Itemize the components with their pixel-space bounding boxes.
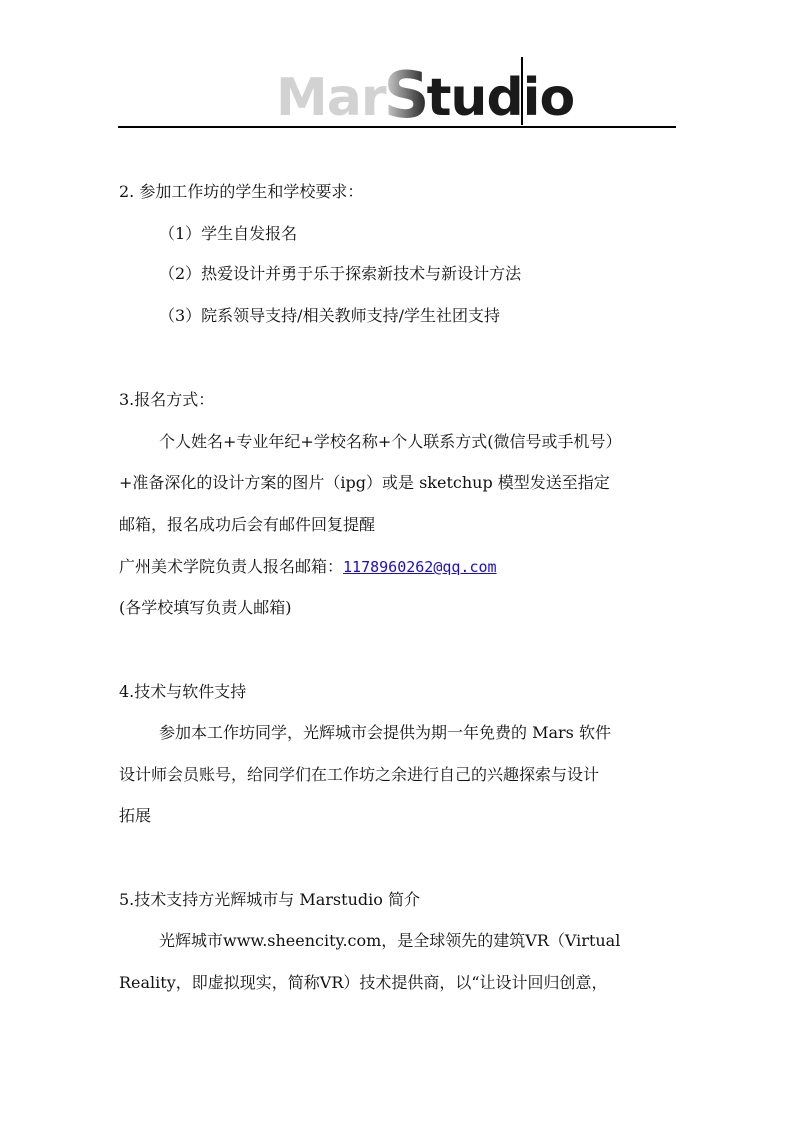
- registration-paragraph-line-2: +准备深化的设计方案的图片（ipg）或是 sketchup 模型发送至指定: [119, 473, 610, 493]
- intro-paragraph-line-2: Reality，即虚拟现实，简称VR）技术提供商，以“让设计回归创意，: [119, 973, 608, 993]
- section-2-title: 2. 参加工作坊的学生和学校要求：: [119, 182, 363, 202]
- marstudio-logo: Mar S tudio: [276, 68, 574, 124]
- intro-paragraph-line-1: 光辉城市www.sheencity.com，是全球领先的建筑VR（Virtual: [159, 931, 620, 951]
- requirement-item-2: （2）热爱设计并勇于乐于探索新技术与新设计方法: [159, 264, 521, 284]
- section-3-title: 3.报名方式：: [119, 390, 214, 410]
- page-header: Mar S tudio: [0, 0, 794, 135]
- requirement-item-1: （1）学生自发报名: [159, 224, 297, 244]
- email-row: 广州美术学院负责人报名邮箱：1178960262@qq.com: [119, 557, 497, 577]
- email-note: (各学校填写负责人邮箱): [119, 598, 292, 618]
- section-4-title: 4.技术与软件支持: [119, 682, 246, 702]
- logo-text-tudio: tudio: [427, 72, 575, 124]
- registration-paragraph-line-1: 个人姓名+专业年纪+学校名称+个人联系方式(微信号或手机号）: [159, 432, 621, 452]
- header-rule: [118, 126, 676, 128]
- logo-text-mar: Mar: [276, 72, 385, 124]
- email-link[interactable]: 1178960262@qq.com: [343, 558, 497, 576]
- logo-divider-bar: [521, 57, 523, 125]
- requirement-item-3: （3）院系领导支持/相关教师支持/学生社团支持: [159, 306, 500, 326]
- logo-text-s: S: [383, 68, 428, 124]
- email-label: 广州美术学院负责人报名邮箱：: [119, 557, 343, 576]
- registration-paragraph-line-3: 邮箱，报名成功后会有邮件回复提醒: [119, 515, 375, 535]
- software-paragraph-line-2: 设计师会员账号，给同学们在工作坊之余进行自己的兴趣探索与设计: [119, 765, 599, 785]
- section-5-title: 5.技术支持方光辉城市与 Marstudio 简介: [119, 890, 420, 910]
- software-paragraph-line-1: 参加本工作坊同学，光辉城市会提供为期一年免费的 Mars 软件: [159, 723, 611, 743]
- software-paragraph-line-3: 拓展: [119, 806, 151, 826]
